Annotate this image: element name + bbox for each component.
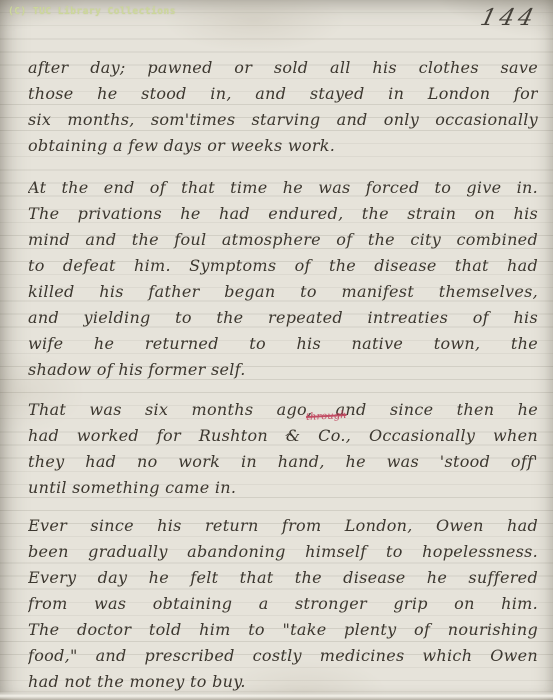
manuscript-line: wife he returned to his native town, the [28, 331, 538, 357]
manuscript-page: (C) TUC Library Collections 144 after da… [0, 0, 553, 700]
paragraph: Ever since his return from London, Owen … [28, 513, 538, 695]
manuscript-line: after day; pawned or sold all his clothe… [28, 55, 538, 81]
manuscript-line: and yielding to the repeated intreaties … [28, 305, 538, 331]
page-number: 144 [478, 5, 540, 31]
manuscript-line: those he stood in, and stayed in London … [28, 81, 538, 107]
paragraph: after day; pawned or sold all his clothe… [28, 55, 538, 159]
copyright-watermark: (C) TUC Library Collections [8, 6, 176, 17]
manuscript-line: food," and prescribed costly medicines w… [28, 643, 538, 669]
insertion-caret: ^ [284, 432, 293, 442]
paragraph: That was six months ago, and since then … [28, 397, 538, 501]
manuscript-line: until something came in. [28, 475, 538, 501]
manuscript-line: Ever since his return from London, Owen … [28, 513, 538, 539]
manuscript-line: obtaining a few days or weeks work. [28, 133, 538, 159]
manuscript-line: they had no work in hand, he was 'stood … [28, 449, 538, 475]
manuscript-line: mind and the foul atmosphere of the city… [28, 227, 538, 253]
manuscript-line: The doctor told him to "take plenty of n… [28, 617, 538, 643]
manuscript-line: from was obtaining a stronger grip on hi… [28, 591, 538, 617]
paragraph: At the end of that time he was forced to… [28, 175, 538, 383]
manuscript-line: At the end of that time he was forced to… [28, 175, 538, 201]
manuscript-line: shadow of his former self. [28, 357, 538, 383]
manuscript-line: been gradually abandoning himself to hop… [28, 539, 538, 565]
page-bottom-edge [0, 691, 553, 700]
manuscript-text: after day; pawned or sold all his clothe… [28, 55, 538, 695]
manuscript-line: The privations he had endured, the strai… [28, 201, 538, 227]
manuscript-line: killed his father began to manifest them… [28, 279, 538, 305]
manuscript-line: to defeat him. Symptoms of the disease t… [28, 253, 538, 279]
manuscript-line: Every day he felt that the disease he su… [28, 565, 538, 591]
manuscript-line: That was six months ago, and since then … [28, 397, 538, 423]
manuscript-line: six months, som'times starving and only … [28, 107, 538, 133]
struck-word-annotation: through [306, 410, 347, 423]
manuscript-line: had worked for Rushton & Co., Occasional… [28, 423, 538, 449]
